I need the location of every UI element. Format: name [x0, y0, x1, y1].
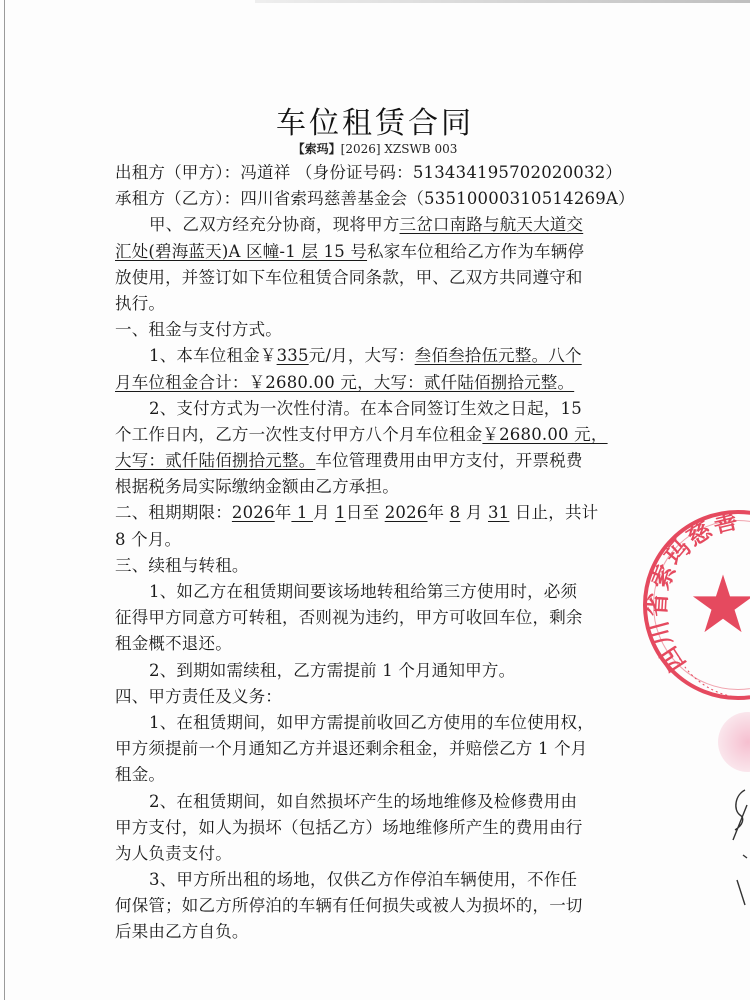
intro-line-1: 甲、乙双方经充分协商，现将甲方三岔口南路与航天大道交 — [115, 212, 645, 238]
duty-2-line-2: 甲方支付，如人为损坏（包括乙方）场地维修所产生的费用由行 — [115, 815, 645, 841]
sublet-line-3: 租金概不退还。 — [115, 631, 645, 657]
lessee-name: 四川省索玛慈善基金会 — [240, 189, 407, 208]
payment-line-2: 个工作日内，乙方一次性支付甲方八个月车位租金￥2680.00 元， — [115, 422, 645, 448]
rent-in-words: 叁佰叁拾伍元整。八个 — [415, 346, 582, 365]
payment-line-3: 大写：贰仟陆佰捌拾元整。车位管理费用由甲方支付，开票税费 — [115, 448, 645, 474]
rent-line-1: 1、本车位租金￥335元/月，大写：叁佰叁拾伍元整。八个 — [115, 343, 645, 369]
intro-text: 私家车位租给乙方作为车辆停 — [367, 242, 584, 261]
intro-line-3: 放使用，并签订如下车位租赁合同条款，甲、乙双方共同遵守和 — [115, 265, 645, 291]
lessor-name: 冯道祥 — [240, 163, 290, 182]
monthly-rent: 335 — [277, 346, 309, 365]
payment-text: 个工作日内，乙方一次性支付甲方八个月车位租金 — [115, 425, 482, 444]
payment-amount: ￥2680.00 元， — [482, 425, 607, 444]
start-year: 2026 — [232, 503, 275, 522]
duty-1-line-3: 租金。 — [115, 762, 645, 788]
year-char: 年 — [275, 503, 292, 522]
duty-2-line-3: 为人负责支付。 — [115, 841, 645, 867]
intro-text: 甲、乙双方经充分协商，现将甲方 — [149, 215, 400, 234]
sublet-line-2: 征得甲方同意方可转租，否则视为违约，甲方可收回车位，剩余 — [115, 605, 645, 631]
reference-tag: 【索玛】 — [293, 142, 341, 156]
reference-code: [2026] XZSWB 003 — [341, 142, 458, 156]
section-3-heading: 三、续租与转租。 — [115, 553, 645, 579]
rent-line-2: 月车位租金合计：￥2680.00 元，大写：贰仟陆佰捌拾元整。 — [115, 370, 645, 396]
property-address-cont: 汇处(碧海蓝天)A 区幢-1 层 15 号 — [115, 242, 367, 261]
start-month: 1 — [291, 503, 313, 522]
payment-text: 车位管理费用由甲方支付，开票税费 — [315, 451, 582, 470]
lessor-id-number: 513434195702020032 — [413, 163, 606, 182]
payment-line-1: 2、支付方式为一次性付清。在本合同签订生效之日起，15 — [115, 396, 645, 422]
section-1-heading: 一、租金与支付方式。 — [115, 317, 645, 343]
rent-text: 元/月，大写： — [309, 346, 415, 365]
signature-mark — [725, 770, 750, 930]
duty-1-line-1: 1、在租赁期间，如甲方需提前收回乙方使用的车位使用权， — [115, 710, 645, 736]
section-2-term: 二、租期期限：2026年 1 月 1日至 2026年 8 月 31 日止，共计 — [115, 500, 645, 526]
lessee-code: （53510000310514269A） — [407, 189, 634, 208]
reference-number: 【索玛】[2026] XZSWB 003 — [0, 140, 750, 157]
term-duration: 8 个月。 — [115, 527, 645, 553]
duty-3-line-1: 3、甲方所出租的场地，仅供乙方作停泊车辆使用，不作任 — [115, 867, 645, 893]
payment-amount-words: 大写：贰仟陆佰捌拾元整。 — [115, 451, 315, 470]
scan-smudge — [255, 0, 750, 3]
contract-body: 出租方（甲方）：冯道祥 （身份证号码：513434195702020032） 承… — [115, 160, 645, 946]
payment-line-4: 根据税务局实际缴纳金额由乙方承担。 — [115, 474, 645, 500]
year-char: 年 — [428, 503, 445, 522]
end-year: 2026 — [385, 503, 428, 522]
duty-2-line-1: 2、在租赁期间，如自然损坏产生的场地维修及检修费用由 — [115, 789, 645, 815]
renewal-line: 2、到期如需续租，乙方需提前 1 个月通知甲方。 — [115, 658, 645, 684]
star-icon — [691, 572, 750, 636]
intro-line-2: 汇处(碧海蓝天)A 区幢-1 层 15 号私家车位租给乙方作为车辆停 — [115, 239, 645, 265]
end-text: 日止，共计 — [515, 503, 599, 522]
lessee-line: 承租方（乙方）：四川省索玛慈善基金会（53510000310514269A） — [115, 186, 645, 212]
term-label: 二、租期期限： — [115, 503, 232, 522]
intro-line-4: 执行。 — [115, 291, 645, 317]
end-month: 8 — [450, 503, 461, 522]
official-seal: 四川省索玛慈善 — [643, 510, 750, 700]
sublet-line-1: 1、如乙方在租赁期间要该场地转租给第三方使用时，必须 — [115, 579, 645, 605]
month-char: 月 — [313, 503, 330, 522]
document-title: 车位租赁合同 — [0, 98, 750, 142]
end-day: 31 — [488, 503, 509, 522]
start-day: 1 — [335, 503, 346, 522]
section-4-heading: 四、甲方责任及义务： — [115, 684, 645, 710]
lessee-label: 承租方（乙方）： — [115, 189, 240, 208]
duty-1-line-2: 甲方须提前一个月通知乙方并退还剩余租金，并赔偿乙方 1 个月 — [115, 736, 645, 762]
duty-3-line-3: 后果由乙方自负。 — [115, 919, 645, 945]
lessor-id-close: ） — [605, 163, 622, 182]
seal-fragment — [718, 712, 750, 772]
lessor-id-label: （身份证号码： — [296, 163, 413, 182]
lessor-line: 出租方（甲方）：冯道祥 （身份证号码：513434195702020032） — [115, 160, 645, 186]
duty-3-line-2: 何保管；如乙方所停泊的车辆有任何损失或被人为损坏的，一切 — [115, 893, 645, 919]
to-text: 日至 — [346, 503, 379, 522]
property-address: 三岔口南路与航天大道交 — [400, 215, 584, 234]
rent-text: 1、本车位租金￥ — [149, 346, 277, 365]
lessor-label: 出租方（甲方）： — [115, 163, 240, 182]
month-char: 月 — [466, 503, 483, 522]
total-rent: 月车位租金合计：￥2680.00 元，大写：贰仟陆佰捌拾元整。 — [115, 373, 574, 392]
